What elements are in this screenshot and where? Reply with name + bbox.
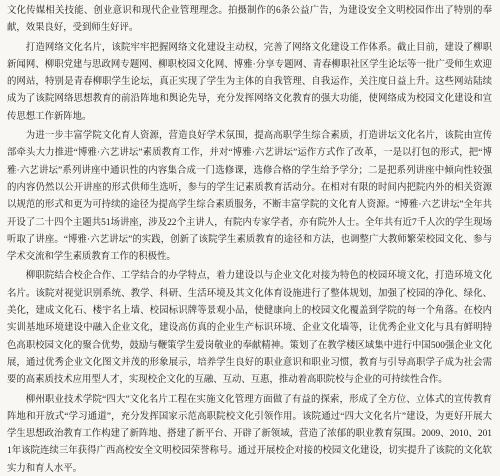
paragraph-4: 柳职院结合校企合作、工学结合的办学特点，着力建设以与企业文化对接为特色的校园环境… [7,268,492,389]
paragraph-3: 为进一步丰富学院文化育人资源，营造良好学术氛围，提高高职学生综合素质，打造讲坛文… [7,128,492,266]
paragraph-2: 打造网络文化名片，该院牢牢把握网络文化建设主动权，完善了网络文化建设工作体系。截… [7,40,492,126]
article-body: 文化传媒相关技能、创业意识和现代企业管理理念。拍摄制作的6条公益广告，为建设安全… [0,0,500,476]
paragraph-5: 柳州职业技术学院“四大”文化名片工程在实施文化管理方面做了有益的探索，形成了全方… [7,392,492,476]
paragraph-1: 文化传媒相关技能、创业意识和现代企业管理理念。拍摄制作的6条公益广告，为建设安全… [7,3,492,38]
